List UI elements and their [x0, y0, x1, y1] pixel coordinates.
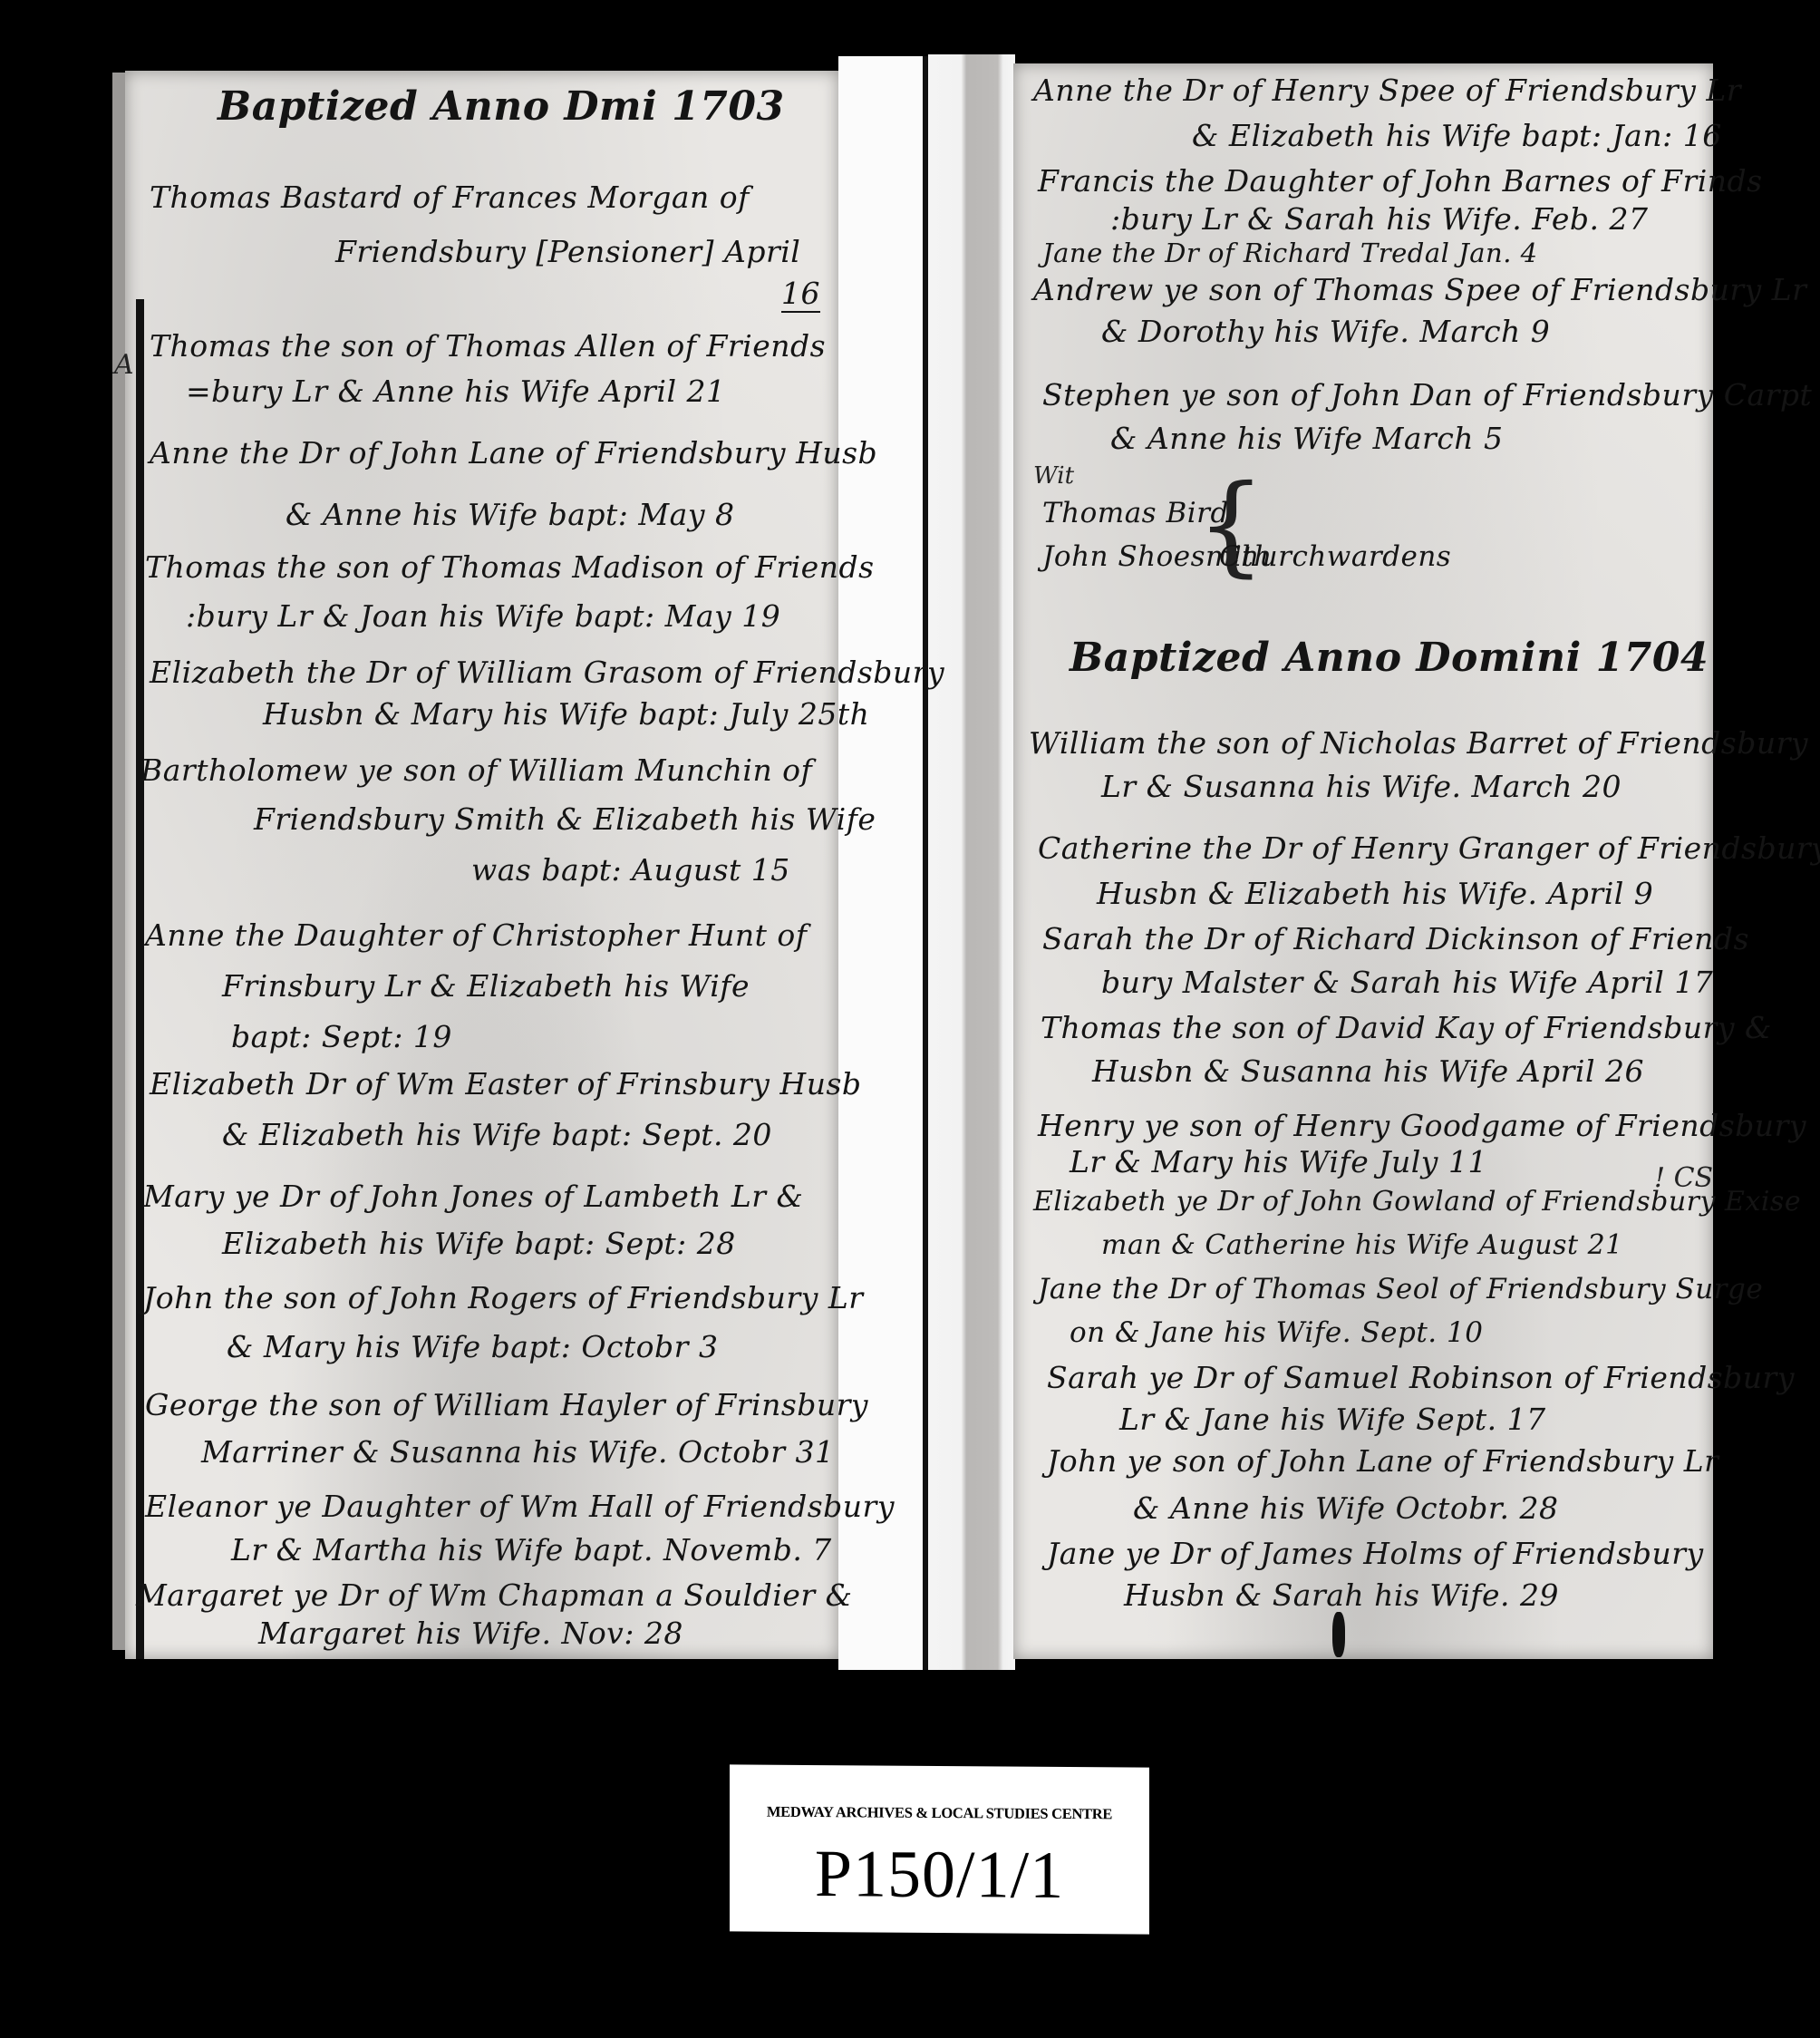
entry-line: Husbn & Mary his Wife bapt: July 25th [263, 696, 869, 732]
entry-line: Thomas Bastard of Frances Morgan of [150, 180, 750, 215]
entry-line: Marriner & Susanna his Wife. Octobr 31 [201, 1434, 835, 1470]
entry-line: Stephen ye son of John Dan of Friendsbur… [1042, 377, 1812, 412]
entry-line: Jane ye Dr of James Holms of Friendsbury [1047, 1536, 1704, 1571]
entry-line: :bury Lr & Sarah his Wife. Feb. 27 [1110, 201, 1649, 237]
entry-line: 16 [781, 276, 820, 313]
left-binding-shadow [136, 299, 144, 1659]
entry-line: Elizabeth ye Dr of John Gowland of Frien… [1033, 1186, 1801, 1218]
entry-line: was bapt: August 15 [471, 852, 790, 888]
archive-organization: MEDWAY ARCHIVES & LOCAL STUDIES CENTRE [730, 1802, 1149, 1823]
entry-line: Husbn & Susanna his Wife April 26 [1092, 1053, 1644, 1089]
entry-line: Anne the Daughter of Christopher Hunt of [145, 917, 807, 953]
entry-line: Anne the Dr of Henry Spee of Friendsbury… [1033, 73, 1741, 108]
entry-line: John the son of John Rogers of Friendsbu… [143, 1280, 864, 1315]
entry-line: Thomas the son of Thomas Allen of Friend… [150, 328, 826, 364]
entry-line: Mary ye Dr of John Jones of Lambeth Lr & [143, 1179, 803, 1214]
entry-line: & Elizabeth his Wife bapt: Sept. 20 [222, 1117, 772, 1152]
entry-line: Thomas the son of David Kay of Friendsbu… [1041, 1010, 1772, 1045]
archive-reference-number: P150/1/1 [730, 1835, 1149, 1915]
entry-line: Husbn & Sarah his Wife. 29 [1124, 1577, 1559, 1613]
churchwardens-role: Churchwardens [1219, 540, 1451, 573]
entry-line: & Elizabeth his Wife bapt: Jan: 16 [1192, 118, 1722, 153]
entry-line: Lr & Mary his Wife July 11 [1070, 1144, 1487, 1179]
entry-line: Anne the Dr of John Lane of Friendsbury … [150, 435, 877, 471]
entry-line: bury Malster & Sarah his Wife April 17 [1101, 965, 1713, 1000]
entry-line: Sarah ye Dr of Samuel Robinson of Friend… [1047, 1360, 1795, 1395]
entry-line: =bury Lr & Anne his Wife April 21 [186, 374, 726, 409]
entry-line: Henry ye son of Henry Goodgame of Friend… [1038, 1108, 1806, 1143]
entry-line: Elizabeth the Dr of William Grasom of Fr… [150, 655, 944, 690]
entry-line: & Anne his Wife Octobr. 28 [1133, 1490, 1559, 1526]
entry-line: Catherine the Dr of Henry Granger of Fri… [1038, 830, 1820, 866]
entry-line: man & Catherine his Wife August 21 [1101, 1229, 1623, 1261]
entry-line: Francis the Daughter of John Barnes of F… [1038, 163, 1763, 199]
entry-line: Sarah the Dr of Richard Dickinson of Fri… [1042, 921, 1749, 956]
entry-line: George the son of William Hayler of Frin… [145, 1387, 868, 1422]
entry-line: Elizabeth his Wife bapt: Sept: 28 [222, 1226, 736, 1261]
entry-line: Elizabeth Dr of Wm Easter of Frinsbury H… [150, 1066, 862, 1101]
ink-blot [1332, 1612, 1345, 1657]
spine-guard-left [838, 56, 923, 1670]
entry-line: Jane the Dr of Richard Tredal Jan. 4 [1042, 238, 1538, 268]
entry-line: Andrew ye son of Thomas Spee of Friendsb… [1033, 272, 1806, 307]
left-margin-mark: A [114, 349, 134, 381]
entry-line: Lr & Martha his Wife bapt. Novemb. 7 [231, 1532, 832, 1567]
entry-line: Margaret his Wife. Nov: 28 [258, 1616, 683, 1651]
entry-line: Bartholomew ye son of William Munchin of [140, 752, 812, 788]
entry-line: William the son of Nicholas Barret of Fr… [1029, 725, 1808, 761]
entry-line: Frinsbury Lr & Elizabeth his Wife [222, 968, 750, 1004]
entry-line: Jane the Dr of Thomas Seol of Friendsbur… [1038, 1273, 1763, 1305]
entry-line: Margaret ye Dr of Wm Chapman a Souldier … [136, 1577, 853, 1613]
entry-line: :bury Lr & Joan his Wife bapt: May 19 [186, 598, 780, 634]
entry-line: & Anne his Wife March 5 [1110, 421, 1504, 456]
left-page-heading: Baptized Anno Dmi 1703 [218, 83, 785, 130]
witness-prefix: Wit [1033, 462, 1074, 490]
entry-line: Friendsbury [Pensioner] April [335, 234, 800, 269]
entry-line: & Mary his Wife bapt: Octobr 3 [227, 1329, 718, 1364]
entry-line: Lr & Jane his Wife Sept. 17 [1119, 1402, 1546, 1437]
entry-line: on & Jane his Wife. Sept. 10 [1070, 1316, 1483, 1349]
archive-reference-label: MEDWAY ARCHIVES & LOCAL STUDIES CENTRE P… [730, 1764, 1149, 1934]
entry-line: bapt: Sept: 19 [231, 1019, 452, 1054]
entry-line: & Anne his Wife bapt: May 8 [286, 497, 734, 532]
entry-line: Eleanor ye Daughter of Wm Hall of Friend… [145, 1489, 895, 1524]
entry-line: John ye son of John Lane of Friendsbury … [1047, 1443, 1718, 1479]
entry-line: Friendsbury Smith & Elizabeth his Wife [254, 801, 876, 837]
entry-line: & Dorothy his Wife. March 9 [1101, 314, 1550, 349]
spine-guard-right [928, 54, 1015, 1670]
entry-line: Thomas the son of Thomas Madison of Frie… [145, 549, 875, 585]
left-page-edge [112, 73, 125, 1650]
entry-line: Husbn & Elizabeth his Wife. April 9 [1097, 876, 1653, 911]
right-page-heading: Baptized Anno Domini 1704 [1070, 635, 1709, 681]
entry-line: Lr & Susanna his Wife. March 20 [1101, 769, 1622, 804]
